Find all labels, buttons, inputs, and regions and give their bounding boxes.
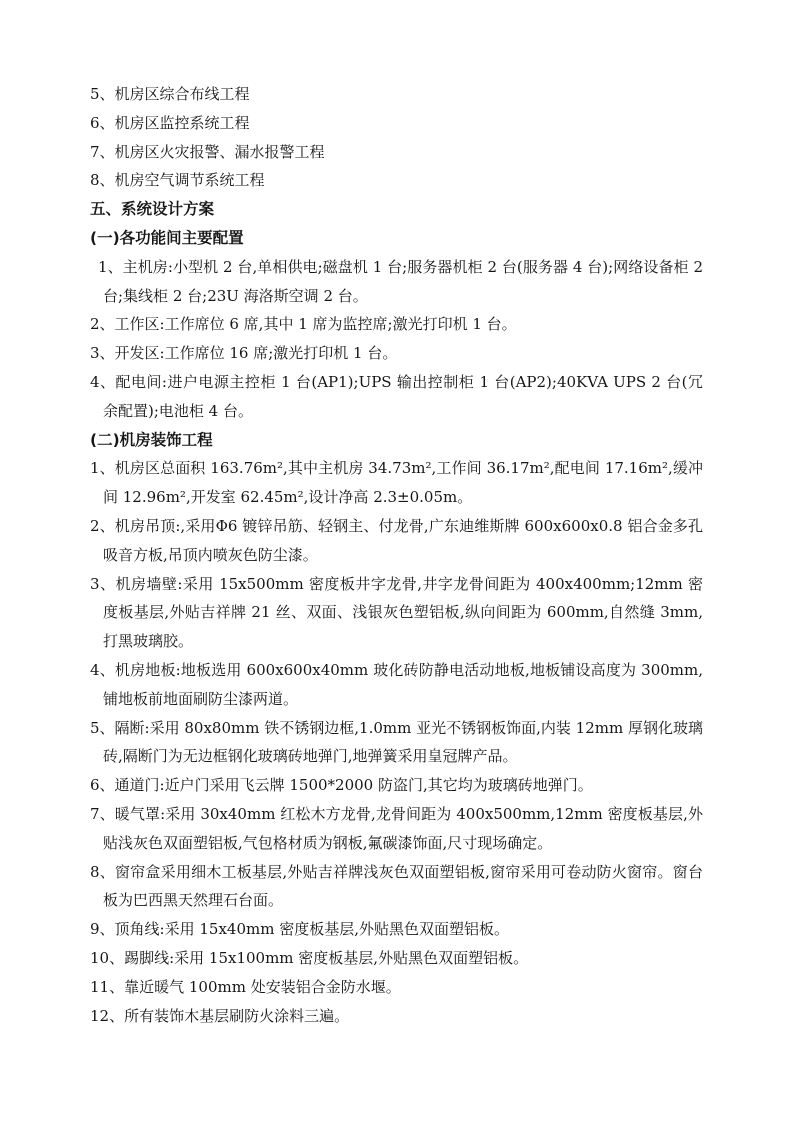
config-item-work-area: 2、工作区:工作席位 6 席,其中 1 席为监控席;激光打印机 1 台。 [90, 310, 703, 339]
list-item-fire-leak-alarm: 7、机房区火灾报警、漏水报警工程 [90, 138, 703, 167]
document-page: 5、机房区综合布线工程 6、机房区监控系统工程 7、机房区火灾报警、漏水报警工程… [0, 0, 793, 1122]
decoration-item-curtain-box: 8、窗帘盒采用细木工板基层,外贴吉祥牌浅灰色双面塑铝板,窗帘采用可卷动防火窗帘。… [90, 858, 703, 916]
list-item-cabling-project: 5、机房区综合布线工程 [90, 80, 703, 109]
config-item-dev-area: 3、开发区:工作席位 16 席;激光打印机 1 台。 [90, 339, 703, 368]
decoration-item-skirting-line: 10、踢脚线:采用 15x100mm 密度板基层,外贴黑色双面塑铝板。 [90, 944, 703, 973]
subsection-title-decoration-project: (二)机房装饰工程 [90, 426, 703, 455]
decoration-item-passage-door: 6、通道门:近户门采用飞云牌 1500*2000 防盗门,其它均为玻璃砖地弹门。 [90, 771, 703, 800]
decoration-item-heater-cover: 7、暖气罩:采用 30x40mm 红松木方龙骨,龙骨间距为 400x500mm,… [90, 800, 703, 858]
decoration-item-fireproof-coating: 12、所有装饰木基层刷防火涂料三遍。 [90, 1002, 703, 1031]
subsection-title-function-rooms: (一)各功能间主要配置 [90, 224, 703, 253]
decoration-item-total-area: 1、机房区总面积 163.76m²,其中主机房 34.73m²,工作间 36.1… [90, 454, 703, 512]
config-item-power-room: 4、配电间:进户电源主控柜 1 台(AP1);UPS 输出控制柜 1 台(AP2… [90, 368, 703, 426]
list-item-monitoring-project: 6、机房区监控系统工程 [90, 109, 703, 138]
list-item-air-conditioning: 8、机房空气调节系统工程 [90, 166, 703, 195]
section-heading-system-design: 五、系统设计方案 [90, 195, 703, 224]
decoration-item-ceiling: 2、机房吊顶:,采用Φ6 镀锌吊筋、轻钢主、付龙骨,广东迪维斯牌 600x600… [90, 512, 703, 570]
decoration-item-waterproof-weir: 11、靠近暖气 100mm 处安装铝合金防水堰。 [90, 973, 703, 1002]
decoration-item-walls: 3、机房墙壁:采用 15x500mm 密度板井字龙骨,井字龙骨间距为 400x4… [90, 570, 703, 656]
decoration-item-floor: 4、机房地板:地板选用 600x600x40mm 玻化砖防静电活动地板,地板铺设… [90, 656, 703, 714]
document-body: 5、机房区综合布线工程 6、机房区监控系统工程 7、机房区火灾报警、漏水报警工程… [90, 80, 703, 1030]
config-item-main-room: 1、主机房:小型机 2 台,单相供电;磁盘机 1 台;服务器机柜 2 台(服务器… [90, 253, 703, 311]
decoration-item-top-corner-line: 9、顶角线:采用 15x40mm 密度板基层,外贴黑色双面塑铝板。 [90, 915, 703, 944]
decoration-item-partition: 5、隔断:采用 80x80mm 铁不锈钢边框,1.0mm 亚光不锈钢板饰面,内装… [90, 714, 703, 772]
